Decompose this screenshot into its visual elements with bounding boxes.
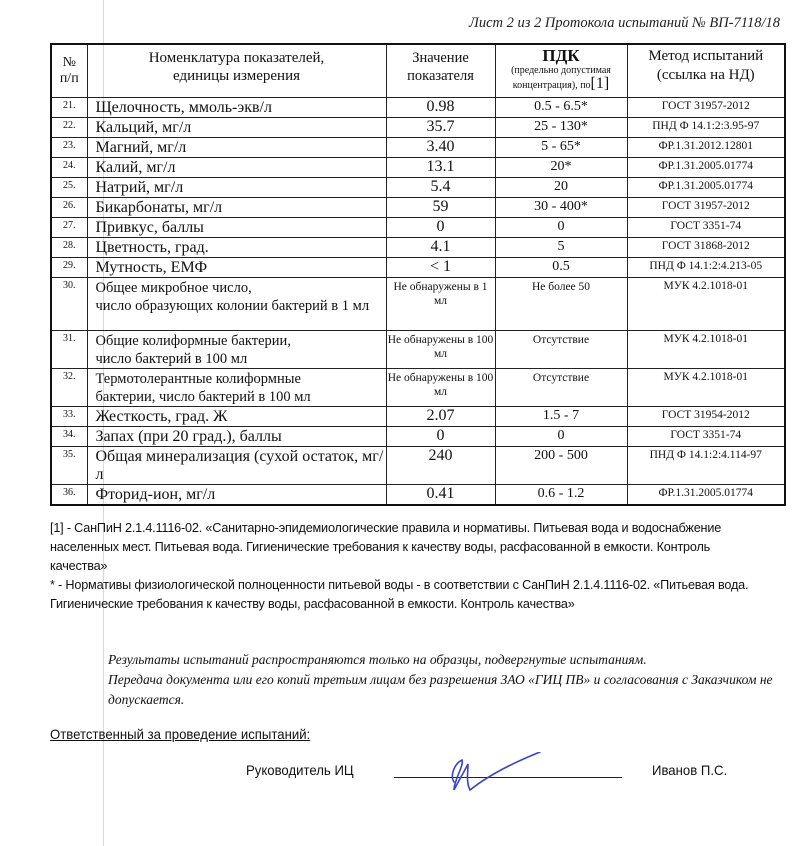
header-name: Номенклатура показателей, единицы измере… [87, 44, 386, 97]
table-header-row: № п/п Номенклатура показателей, единицы … [51, 44, 785, 97]
footnotes: [1] - СанПиН 2.1.4.1116-02. «Санитарно-э… [50, 518, 756, 613]
table-row: 34. Запах (при 20 град.), баллы 0 0 ГОСТ… [51, 426, 785, 446]
table-row: 35. Общая минерализация (сухой остаток, … [51, 446, 785, 484]
table-row: 32. Термотолерантные колиформные бактери… [51, 368, 785, 406]
table-row: 22. Кальций, мг/л 35.7 25 - 130* ПНД Ф 1… [51, 117, 785, 137]
table-row: 33. Жесткость, град. Ж 2.07 1.5 - 7 ГОСТ… [51, 406, 785, 426]
disclaimer-line-1: Результаты испытаний распространяются то… [50, 650, 785, 670]
table-row: 23. Магний, мг/л 3.40 5 - 65* ФР.1.31.20… [51, 137, 785, 157]
header-value: Значение показателя [386, 44, 495, 97]
table-row: 29. Мутность, ЕМФ < 1 0.5 ПНД Ф 14.1:2:4… [51, 257, 785, 277]
signer-name: Иванов П.С. [652, 762, 727, 778]
table-row: 25. Натрий, мг/л 5.4 20 ФР.1.31.2005.017… [51, 177, 785, 197]
signature-row: Руководитель ИЦ Иванов П.С. [0, 760, 800, 800]
header-pdk: ПДК (предельно допустимая концентрация),… [495, 44, 627, 97]
responsible-label: Ответственный за проведение испытаний: [50, 726, 310, 742]
disclaimer: Результаты испытаний распространяются то… [50, 650, 785, 710]
disclaimer-line-2: Передача документа или его копий третьим… [50, 670, 785, 710]
footnote-asterisk: * - Нормативы физиологической полноценно… [50, 575, 756, 613]
table-row: 21. Щелочность, ммоль-экв/л 0.98 0.5 - 6… [51, 97, 785, 117]
table-row: 24. Калий, мг/л 13.1 20* ФР.1.31.2005.01… [51, 157, 785, 177]
table-row: 36. Фторид-ион, мг/л 0.41 0.6 - 1.2 ФР.1… [51, 484, 785, 505]
table-row: 26. Бикарбонаты, мг/л 59 30 - 400* ГОСТ … [51, 197, 785, 217]
footnote-1: [1] - СанПиН 2.1.4.1116-02. «Санитарно-э… [50, 518, 756, 575]
signer-role: Руководитель ИЦ [246, 762, 354, 778]
table-row: 30. Общее микробное число, число образую… [51, 277, 785, 330]
sheet-header: Лист 2 из 2 Протокола испытаний № ВП-711… [400, 15, 780, 32]
footnote-ref-1: [1] [591, 75, 610, 92]
table-row: 27. Привкус, баллы 0 0 ГОСТ 3351-74 [51, 217, 785, 237]
header-num: № п/п [51, 44, 87, 97]
results-table: № п/п Номенклатура показателей, единицы … [50, 43, 786, 506]
header-method: Метод испытаний (ссылка на НД) [627, 44, 785, 97]
table-row: 31. Общие колиформные бактерии, число ба… [51, 330, 785, 368]
table-row: 28. Цветность, град. 4.1 5 ГОСТ 31868-20… [51, 237, 785, 257]
handwritten-signature-icon [440, 752, 550, 796]
